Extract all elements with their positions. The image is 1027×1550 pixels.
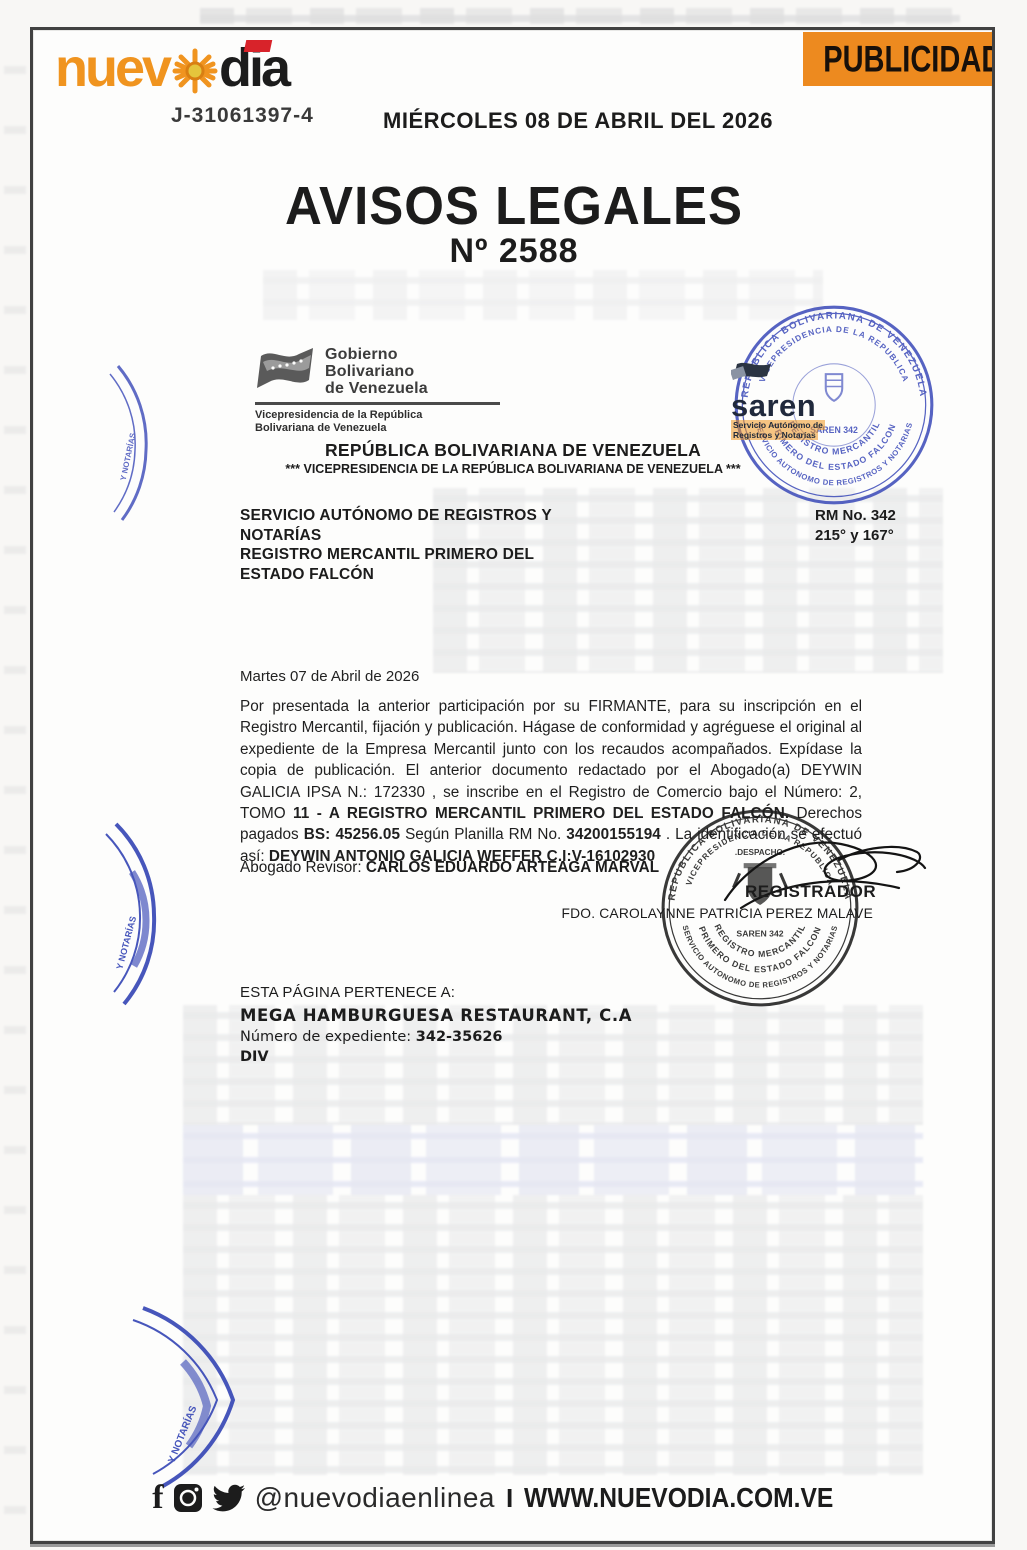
publicidad-badge: PUBLICIDAD (803, 32, 995, 86)
stamp-code: SAREN 342 (736, 929, 783, 939)
facebook-icon: f (152, 1483, 163, 1513)
gov-logo-block: Gobierno Bolivariano de Venezuela Vicepr… (255, 346, 535, 434)
gov-logo-divider (255, 402, 500, 405)
signed-by-line: FDO. CAROLAYNNE PATRICIA PEREZ MALAVE (433, 906, 873, 921)
saren-wordmark: saren (731, 391, 861, 421)
logo-word-dia: dia (219, 38, 288, 98)
rm-articles: 215° y 167° (815, 526, 896, 546)
website-url: WWW.NUEVODIA.COM.VE (524, 1482, 833, 1514)
ownership-division: DIV (240, 1049, 269, 1065)
logo-word-nuev: nuev (55, 38, 169, 98)
footer-divider: I (506, 1483, 513, 1514)
section-title: AVISOS LEGALES (33, 175, 995, 237)
logo-red-accent (244, 40, 273, 52)
twitter-icon (212, 1484, 246, 1512)
body-date: Martes 07 de Abril de 2026 (240, 668, 419, 685)
reviewer-line: Abogado Revisor: CARLOS EDUARDO ARTEAGA … (240, 859, 659, 877)
ghost-bleedthrough (4, 40, 26, 1520)
ownership-company: MEGA HAMBURGUESA RESTAURANT, C.A (240, 1006, 632, 1025)
notary-stamp-partial: Y NOTARÍAS (88, 820, 218, 1010)
edition-date: MIÉRCOLES 08 DE ABRIL DEL 2026 (283, 108, 873, 134)
social-handle: @nuevodiaenlinea (255, 1482, 495, 1514)
notary-stamp-partial: Y NOTARÍAS (88, 360, 208, 530)
document-page: nuev dia J-31061397-4 PUBLICIDAD (30, 27, 995, 1544)
ghost-bleedthrough (183, 1125, 923, 1195)
instagram-icon (173, 1483, 203, 1513)
gov-flag-icon (255, 346, 317, 394)
rm-number-block: RM No. 342 215° y 167° (815, 506, 896, 545)
ghost-bleedthrough (200, 8, 960, 24)
saren-logo: saren Servicio Autónomo de Registros y N… (731, 360, 861, 440)
registrar-title: REGISTRADOR (745, 882, 876, 902)
footer-icons: f (152, 1483, 245, 1513)
gov-logo-subtitle: Vicepresidencia de la República Bolivari… (255, 409, 535, 434)
newspaper-logo: nuev dia (55, 38, 288, 98)
saren-flag-icon (731, 360, 773, 386)
notice-number: Nº 2588 (33, 232, 995, 271)
ownership-file-number: Número de expediente: 342-35626 (240, 1029, 503, 1045)
saren-caption: Servicio Autónomo de Registros y Notaría… (731, 421, 861, 440)
office-block: SERVICIO AUTÓNOMO DE REGISTROS Y NOTARÍA… (240, 506, 552, 584)
footer-social-bar: f @nuevodiaenlinea I WWW.NUEVODIA.COM.VE (33, 1482, 995, 1514)
publicidad-label: PUBLICIDAD (823, 38, 995, 81)
rm-number: RM No. 342 (815, 506, 896, 526)
gov-logo-wordmark: Gobierno Bolivariano de Venezuela (325, 346, 428, 397)
logo-sun-icon (172, 48, 218, 94)
scanned-newspaper-page: nuev dia J-31061397-4 PUBLICIDAD (0, 0, 1027, 1550)
ownership-label: ESTA PÁGINA PERTENECE A: (240, 984, 455, 1001)
notary-stamp-partial: Y NOTARÍAS (123, 1290, 303, 1490)
